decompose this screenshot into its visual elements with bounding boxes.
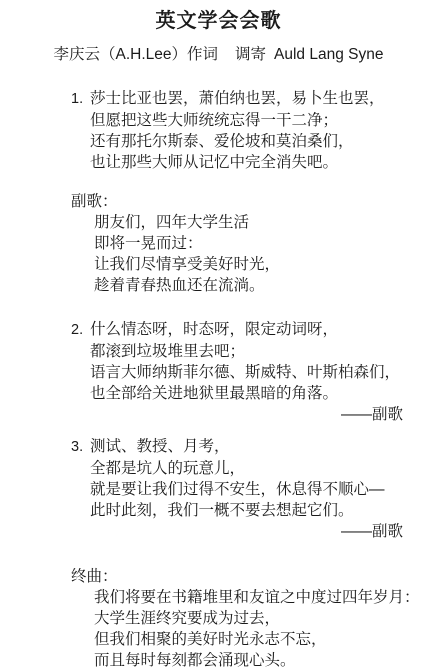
verse-3-number: 3. — [71, 437, 90, 458]
tune-label: 调寄 — [235, 45, 266, 65]
song-title: 英文学会会歌 — [0, 0, 437, 34]
verse-line: 1.莎士比亚也罢，萧伯纳也罢，易卜生也罢， — [71, 88, 437, 110]
byline: 李庆云（A.H.Lee）作词 调寄 Auld Lang Syne — [0, 45, 437, 65]
verse-line-text: 莎士比亚也罢，萧伯纳也罢，易卜生也罢， — [90, 90, 385, 107]
refrain-mark: ——副歌 — [71, 521, 403, 542]
verse-1: 1.莎士比亚也罢，萧伯纳也罢，易卜生也罢， 但愿把这些大师统统忘得一干二净； 还… — [71, 88, 437, 173]
verse-line: 也让那些大师从记忆中完全消失吧。 — [90, 152, 437, 173]
finale-line: 我们将要在书籍堆里和友谊之中度过四年岁月： — [94, 587, 437, 608]
finale-block: 终曲： 我们将要在书籍堆里和友谊之中度过四年岁月： 大学生涯终究要成为过去， 但… — [71, 566, 437, 668]
verse-line-text: 什么情态呀，时态呀，限定动词呀， — [90, 321, 338, 338]
verse-line: 就是要让我们过得不安生，休息得不顺心— — [90, 479, 437, 500]
verse-line: 都滚到垃圾堆里去吧； — [90, 341, 437, 362]
tune-name: Auld Lang Syne — [274, 45, 383, 65]
chorus-block: 副歌： 朋友们，四年大学生活 即将一晃而过： 让我们尽情享受美好时光， 趁着青春… — [71, 191, 437, 296]
finale-line: 而且每时每刻都会涌现心头。 — [94, 650, 437, 668]
finale-line: 但我们相聚的美好时光永志不忘， — [94, 629, 437, 650]
verse-2: 2.什么情态呀，时态呀，限定动词呀， 都滚到垃圾堆里去吧； 语言大师纳斯菲尔德、… — [71, 319, 437, 425]
verse-line: 也全部给关进地狱里最黑暗的角落。 — [90, 383, 437, 404]
document-page: 英文学会会歌 李庆云（A.H.Lee）作词 调寄 Auld Lang Syne … — [0, 0, 437, 668]
verse-1-number: 1. — [71, 89, 90, 110]
verse-line: 2.什么情态呀，时态呀，限定动词呀， — [71, 319, 437, 341]
verse-line: 但愿把这些大师统统忘得一干二净； — [90, 110, 437, 131]
chorus-line: 即将一晃而过： — [94, 233, 437, 254]
refrain-mark: ——副歌 — [71, 404, 403, 425]
chorus-line: 趁着青春热血还在流淌。 — [94, 275, 437, 296]
chorus-line: 让我们尽情享受美好时光， — [94, 254, 437, 275]
chorus-label: 副歌： — [71, 191, 437, 212]
verse-line: 语言大师纳斯菲尔德、斯威特、叶斯柏森们， — [90, 362, 437, 383]
verse-line: 此时此刻，我们一概不要去想起它们。 — [90, 500, 437, 521]
lyricist-credit: 李庆云（A.H.Lee）作词 — [54, 45, 219, 65]
finale-line: 大学生涯终究要成为过去， — [94, 608, 437, 629]
tune-credit: 调寄 Auld Lang Syne — [235, 45, 383, 65]
verse-2-number: 2. — [71, 320, 90, 341]
verse-line-text: 测试、教授、月考， — [90, 438, 230, 455]
verse-line: 全都是坑人的玩意儿， — [90, 458, 437, 479]
finale-label: 终曲： — [71, 566, 437, 587]
verse-line: 3.测试、教授、月考， — [71, 436, 437, 458]
verse-3: 3.测试、教授、月考， 全都是坑人的玩意儿， 就是要让我们过得不安生，休息得不顺… — [71, 436, 437, 542]
verse-line: 还有那托尔斯泰、爱伦坡和莫泊桑们， — [90, 131, 437, 152]
chorus-line: 朋友们，四年大学生活 — [94, 212, 437, 233]
